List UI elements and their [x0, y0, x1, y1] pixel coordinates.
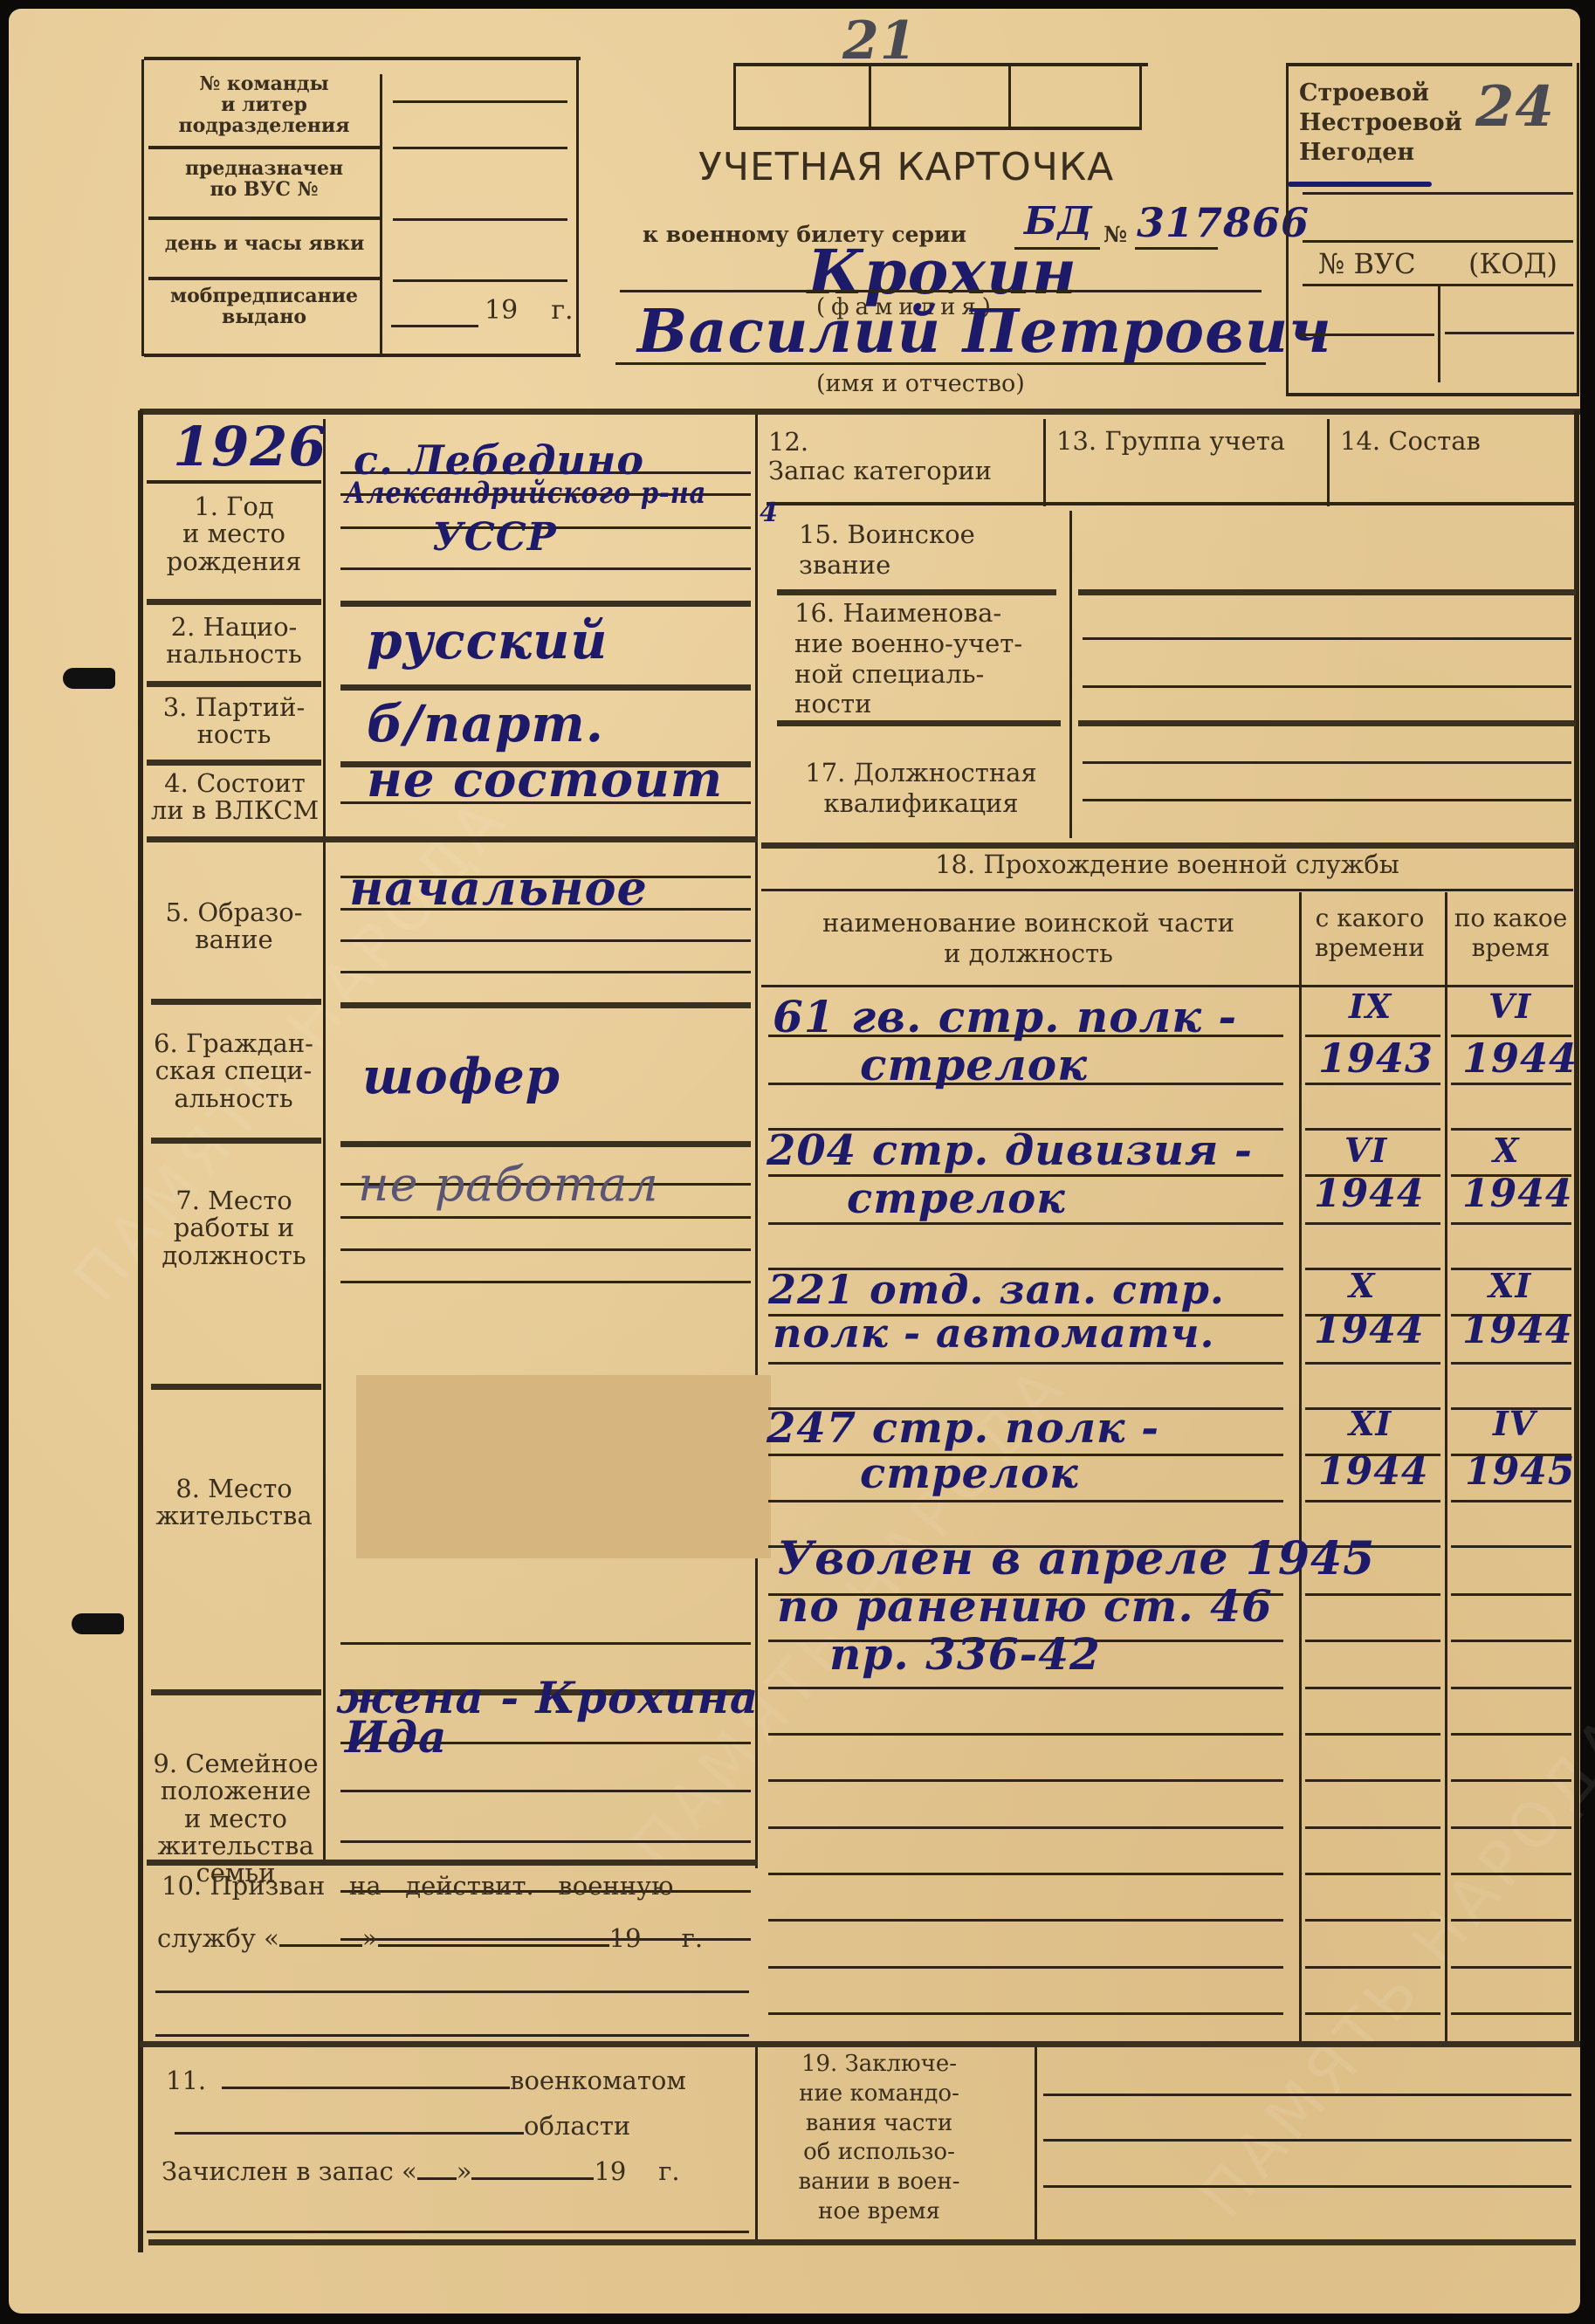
service-from-month: XI	[1349, 1404, 1392, 1443]
code-label: (КОД)	[1468, 249, 1557, 279]
header-from: с какого времени	[1299, 904, 1440, 962]
ticket-number: 317866	[1137, 199, 1310, 246]
label-mob-order: мобпредписание выдано	[148, 286, 380, 328]
label-field-12: 12. Запас категории	[768, 428, 992, 486]
birth-place-line-2: Александрийского р-на	[345, 476, 706, 511]
label-field-10: 10. Призван на действит. военную	[162, 1873, 673, 1900]
header-unit: наименование воинской части и должность	[767, 908, 1290, 969]
mark-24-small: 4	[760, 498, 779, 528]
service-to-month: VI	[1488, 987, 1531, 1026]
vus-label: № ВУС	[1318, 249, 1416, 279]
discharge-line-3: пр. 336-42	[829, 1628, 1101, 1680]
birth-year: 1926	[173, 415, 327, 478]
party-value: б/парт.	[367, 694, 604, 753]
service-to-month: X	[1493, 1131, 1519, 1170]
label-reserve: Зачислен в запас «»19 г.	[162, 2158, 680, 2185]
name-patronymic: Василий Петрович	[637, 297, 1332, 367]
service-to-year: 1945	[1465, 1449, 1575, 1494]
service-from-month: X	[1349, 1266, 1375, 1305]
name-caption: (имя и отчество)	[816, 371, 1025, 396]
margin-arrow-mark	[63, 668, 115, 689]
label-field-15: 15. Воинское звание	[799, 519, 975, 581]
service-from-month: VI	[1344, 1131, 1387, 1170]
fitness-option-combat: Строевой	[1299, 79, 1429, 108]
label-field-6: 6. Граждан- ская специ- альность	[144, 1030, 323, 1112]
label-field-16: 16. Наименова- ние военно-учет- ной спец…	[794, 598, 1022, 719]
service-to-year: 1944	[1462, 1035, 1578, 1082]
service-title: 18. Прохождение военной службы	[761, 851, 1573, 878]
service-from-month: IX	[1349, 987, 1392, 1026]
mob-order-year: 19 г.	[485, 297, 574, 325]
label-field-4: 4. Состоит ли в ВЛКСМ	[144, 770, 326, 825]
service-unit: 61 гв. стр. полк -	[773, 991, 1237, 1042]
service-to-year: 1944	[1462, 1308, 1572, 1352]
label-field-19: 19. Заключе- ние командо- вания части об…	[761, 2050, 997, 2227]
family-line-2: Ида	[345, 1711, 447, 1763]
fitness-option-noncombat: Нестроевой	[1299, 108, 1462, 138]
label-oblast: области	[166, 2113, 630, 2140]
service-position: полк - автоматч.	[773, 1310, 1215, 1357]
label-day-hours: день и часы явки	[147, 234, 382, 255]
label-field-1: 1. Год и место рождения	[147, 493, 321, 575]
service-from-year: 1944	[1318, 1449, 1428, 1494]
label-field-3: 3. Партий- ность	[147, 694, 321, 749]
service-from-year: 1943	[1318, 1035, 1433, 1082]
service-to-year: 1944	[1462, 1172, 1572, 1216]
komsomol-value: не состоит	[367, 751, 723, 808]
label-field-17: 17. Должностная квалификация	[777, 758, 1065, 819]
redacted-address	[356, 1375, 771, 1558]
civil-specialty-value: шофер	[362, 1048, 560, 1105]
service-from-year: 1944	[1314, 1172, 1424, 1216]
label-assigned-vus: предназначен по ВУС №	[148, 159, 380, 201]
label-field-10-service: службу «»19 г.	[157, 1925, 703, 1952]
service-to-month: XI	[1488, 1266, 1531, 1305]
number-prefix: №	[1103, 223, 1127, 246]
service-position: стрелок	[847, 1174, 1066, 1223]
service-position: стрелок	[860, 1449, 1079, 1498]
service-unit: 204 стр. дивизия -	[767, 1126, 1253, 1175]
label-field-13: 13. Группа учета	[1056, 428, 1285, 455]
label-field-7: 7. Место работы и должность	[147, 1187, 321, 1269]
label-field-8: 8. Место жительства	[147, 1475, 321, 1530]
discharge-line-2: по ранению ст. 46	[777, 1580, 1273, 1632]
fitness-underline	[1288, 182, 1432, 187]
label-field-2: 2. Нацио- нальность	[147, 614, 321, 669]
workplace-value: не работал	[358, 1157, 659, 1212]
label-team-number: № команды и литер подразделения	[148, 74, 380, 136]
header-to: по какое время	[1447, 904, 1574, 962]
service-from-year: 1944	[1314, 1308, 1424, 1352]
label-field-9: 9. Семейное положение и место жительства…	[144, 1750, 327, 1887]
record-card: ПАМЯТЬ НАРОДА ПАМЯТЬ НАРОДА ПАМЯТЬ НАРОД…	[9, 9, 1580, 2314]
fitness-mark: 24	[1475, 74, 1555, 140]
label-field-11: 11.военкоматом	[166, 2067, 686, 2094]
nationality-value: русский	[367, 611, 608, 670]
service-unit: 221 отд. зап. стр.	[768, 1266, 1225, 1313]
margin-arrow-mark	[72, 1613, 124, 1634]
label-field-14: 14. Состав	[1340, 428, 1481, 455]
label-field-5: 5. Образо- вание	[147, 899, 321, 954]
birth-place-line-3: УССР	[432, 515, 557, 560]
discharge-line-1: Уволен в апреле 1945	[777, 1532, 1375, 1585]
card-title: УЧЕТНАЯ КАРТОЧКА	[698, 147, 1114, 189]
service-unit: 247 стр. полк -	[767, 1404, 1159, 1453]
service-to-month: IV	[1493, 1404, 1536, 1443]
service-position: стрелок	[860, 1039, 1088, 1090]
fitness-option-unfit: Негоден	[1299, 138, 1414, 168]
